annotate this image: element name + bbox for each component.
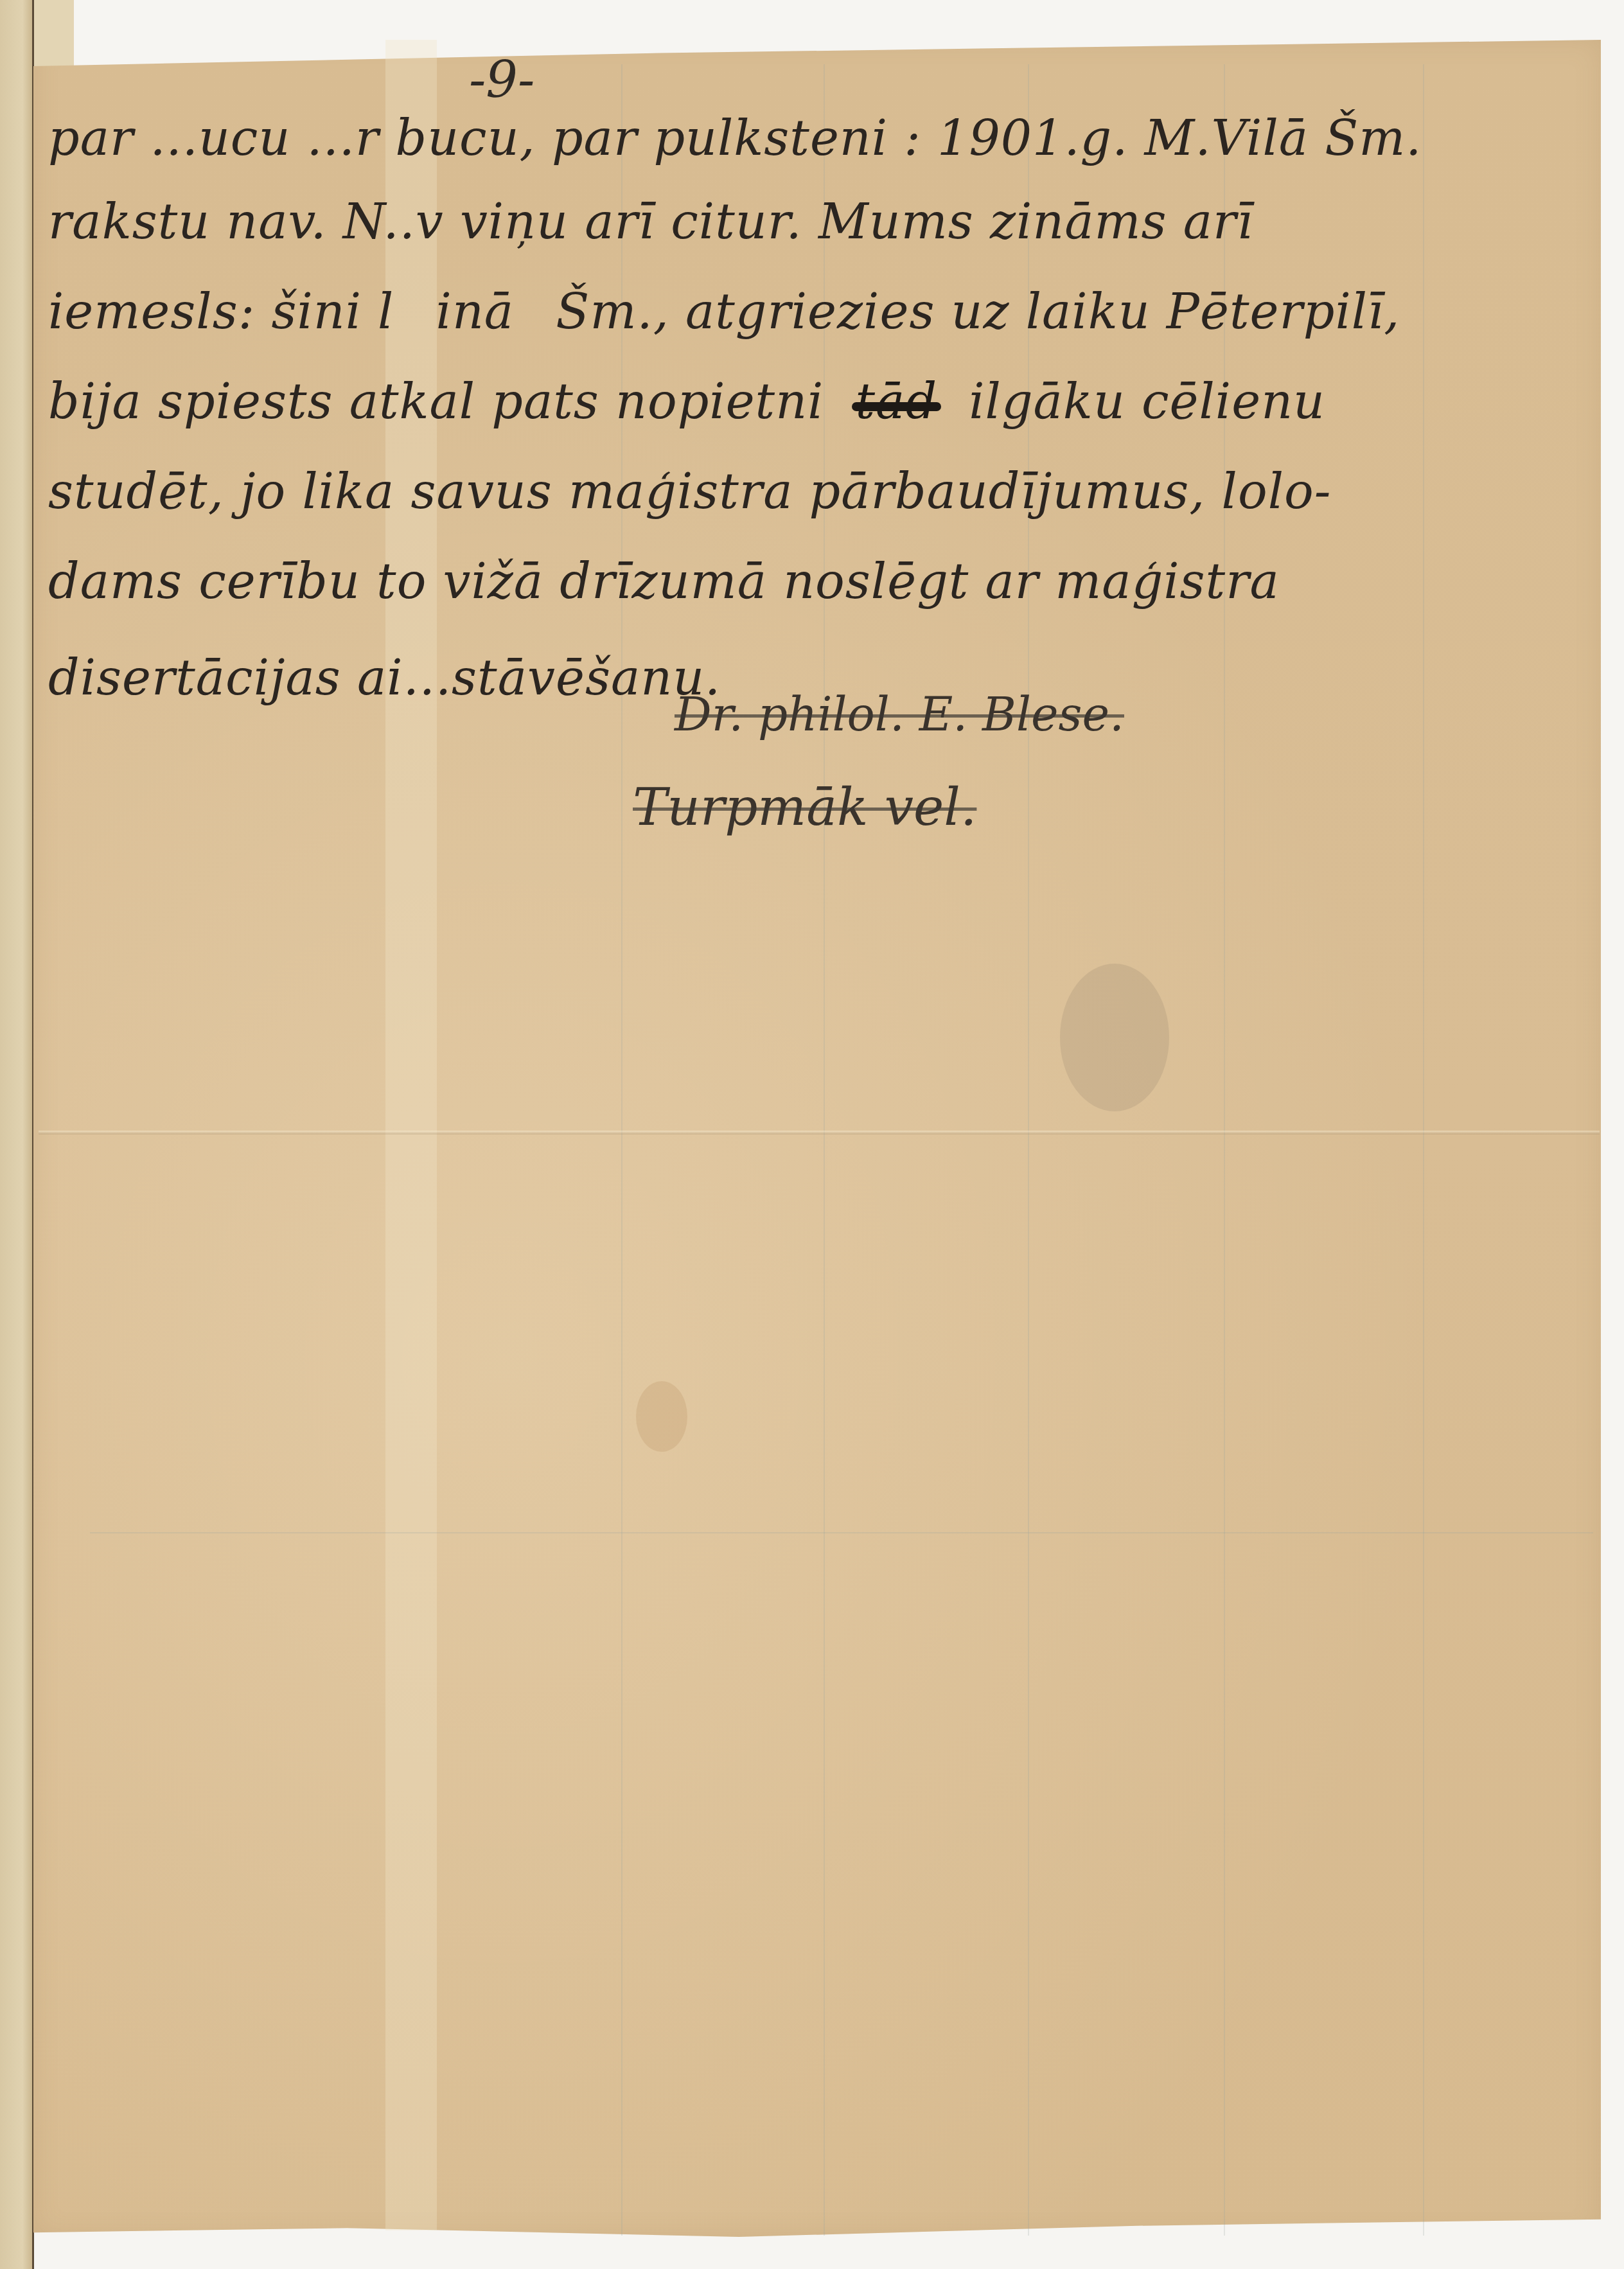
scan-background <box>74 0 1624 40</box>
paper-discoloration-strip <box>385 40 437 2230</box>
handwritten-line-7: disertācijas ai...stāvēšanu. <box>48 649 721 706</box>
faint-column-rule <box>1423 64 1424 2236</box>
line-4-start: bija spiests atkal pats nopietni <box>48 373 824 430</box>
struck-out-word: tād <box>856 373 938 430</box>
handwritten-line-2: rakstu nav. N..v viņu arī citur. Mums zi… <box>48 193 1253 250</box>
page-number: -9- <box>469 51 534 109</box>
line-3-start: iemesls: šini l <box>48 283 394 340</box>
handwritten-line-4: bija spiests atkal pats nopietni tād ilg… <box>48 373 1325 430</box>
paper-stain <box>636 1381 687 1452</box>
struck-continuation-note: Turpmāk vel. <box>633 777 976 837</box>
faint-row-rule <box>90 1532 1593 1533</box>
line-3-end: Šm., atgriezies uz laiku Pēterpilī, <box>556 283 1400 340</box>
struck-signature: Dr. philol. E. Blese. <box>675 687 1124 741</box>
line-3-mid: inā <box>436 283 515 340</box>
handwritten-line-6: dams cerību to vižā drīzumā noslēgt ar m… <box>48 552 1280 610</box>
paper-fold <box>39 1131 1600 1134</box>
binding-edge <box>0 0 34 2269</box>
handwritten-line-3: iemesls: šini l inā Šm., atgriezies uz l… <box>48 283 1400 340</box>
line-4-end: ilgāku cēlienu <box>969 373 1325 430</box>
paper-sheet <box>33 40 1601 2237</box>
handwritten-line-5: studēt, jo lika savus maģistra pārbaudīj… <box>48 463 1331 520</box>
handwritten-line-1: par ...ucu ...r bucu, par pulksteni : 19… <box>48 109 1422 166</box>
ink-smudge <box>1060 964 1169 1111</box>
